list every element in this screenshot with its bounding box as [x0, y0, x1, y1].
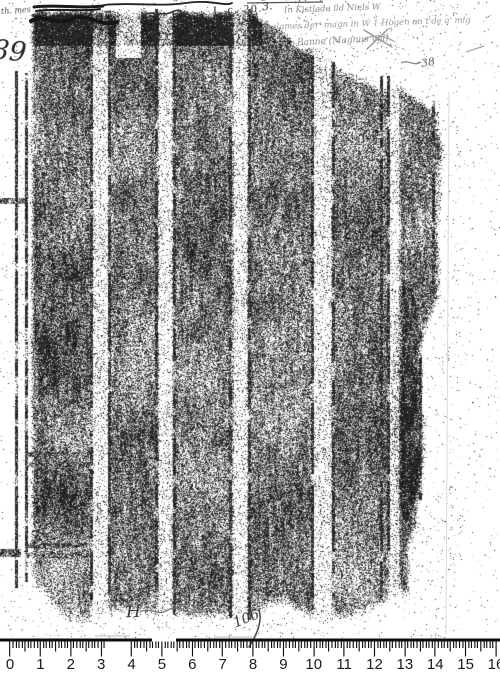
ruler-ticks	[10, 642, 496, 657]
ruler-number: 11	[336, 656, 352, 673]
ruler-number: 14	[427, 656, 444, 673]
ruler-number: 4	[127, 656, 135, 673]
ruler-number: 1	[36, 656, 44, 673]
wavy-underline	[143, 10, 184, 15]
ink-scribbles	[0, 0, 500, 676]
ruler-number: 7	[218, 656, 226, 673]
ruler-number: 3	[97, 656, 105, 673]
top-scribble-line	[104, 2, 232, 5]
pencil-cross-mark	[364, 29, 392, 49]
ruler-number: 0	[6, 656, 14, 673]
pencil-dash	[466, 46, 484, 52]
ruler-number: 5	[158, 656, 166, 673]
ruler-number: 9	[279, 656, 287, 673]
ruler-numbers: 012345678910111213141516	[6, 656, 500, 673]
ruler-number: 6	[188, 656, 196, 673]
heavy-ink-stroke2	[36, 9, 100, 11]
dark-signature-scribble	[31, 17, 117, 23]
scanned-rubbing-sheet: th. mes 89 I. c. 20. 3. In Kistlade ild …	[0, 0, 500, 676]
measuring-ruler: 012345678910111213141516	[0, 631, 500, 676]
sheet-edge-line	[446, 92, 449, 634]
bottom-cursive-scribble	[140, 608, 203, 613]
ruler-number: 10	[305, 656, 322, 673]
ruler-number: 16	[488, 656, 500, 673]
ruler-number: 2	[67, 656, 75, 673]
heavy-ink-stroke	[34, 6, 103, 7]
ruler-number: 8	[249, 656, 257, 673]
ruler-number: 15	[457, 656, 474, 673]
ruler-number: 13	[397, 656, 414, 673]
ruler-number: 12	[366, 656, 383, 673]
fig-squiggle	[401, 62, 421, 64]
heading-overbar	[247, 2, 323, 3]
